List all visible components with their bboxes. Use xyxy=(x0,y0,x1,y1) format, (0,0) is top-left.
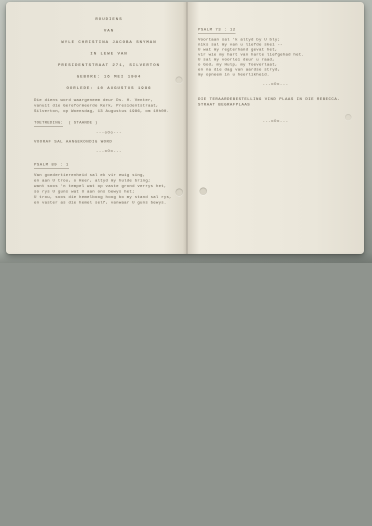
service-note: Die diens word waargeneem deur Ds. H. Ve… xyxy=(34,98,184,115)
punch-hole xyxy=(176,77,183,84)
left-hymn-heading: PSALM 89 : 1 xyxy=(34,163,184,169)
page-seam xyxy=(186,2,188,254)
divider-ornament: ---oOo--- xyxy=(198,119,353,124)
open-booklet-spread: ROUDIENS VAN WYLE CHRISTINA JACOBA SNYMA… xyxy=(6,2,364,254)
died-line: OORLEDE: 10 AUGUSTUS 1986 xyxy=(34,86,184,91)
verse-line: my opneem in u heerlikheid. xyxy=(198,73,353,78)
photo-edge-shadow xyxy=(0,252,372,263)
title-line-in-lewe-van: IN LEWE VAN xyxy=(34,52,184,57)
divider-ornament: ---oOo--- xyxy=(34,131,184,136)
residence-line: PRESIDENTSTRAAT 271, SILVERTON xyxy=(34,63,184,68)
punch-hole xyxy=(345,114,352,121)
vooraf-line: VOORAF SAL AANGEKONDIG WORD xyxy=(34,139,184,145)
burial-notice: DIE TERAARDEBESTELLING VIND PLAAS IN DIE… xyxy=(198,97,353,108)
left-page: ROUDIENS VAN WYLE CHRISTINA JACOBA SNYMA… xyxy=(34,2,184,206)
toetreding-row: TOETREDING: ( STAANDE ) xyxy=(34,120,184,127)
title-block: ROUDIENS VAN WYLE CHRISTINA JACOBA SNYMA… xyxy=(34,2,184,91)
left-hymn-verse: Van goedertierenheid sal ek vir ewig sin… xyxy=(34,173,184,206)
punch-hole xyxy=(200,188,208,196)
right-hymn-verse: Voortaan sal 'k altyd by U bly; niks sal… xyxy=(198,38,353,78)
toetreding-label: TOETREDING: xyxy=(34,120,63,127)
born-line: GEBORE: 16 MEI 1904 xyxy=(34,75,184,80)
doc-title: ROUDIENS xyxy=(34,17,184,22)
photo-of-booklet: ROUDIENS VAN WYLE CHRISTINA JACOBA SNYMA… xyxy=(0,0,372,263)
toetreding-value: ( STAANDE ) xyxy=(68,121,97,126)
divider-ornament: ---oOo--- xyxy=(34,149,184,154)
service-note-line: Silverton, op Woensdag, 13 Augustus 1986… xyxy=(34,109,184,115)
left-hymn-heading-text: PSALM 89 : 1 xyxy=(34,163,69,169)
verse-line: en vaster as die hemel self, vanwaar U g… xyxy=(34,200,184,206)
right-hymn-heading-text: PSALM 73 : 12 xyxy=(198,28,236,34)
divider-ornament: ---oOo--- xyxy=(198,82,353,87)
title-line-van: VAN xyxy=(34,29,184,34)
punch-hole xyxy=(176,189,184,197)
right-hymn-heading: PSALM 73 : 12 xyxy=(198,11,353,34)
deceased-name: WYLE CHRISTINA JACOBA SNYMAN xyxy=(34,40,184,45)
burial-line: STRAAT BEGRAFPLAAS xyxy=(198,102,353,108)
right-page: PSALM 73 : 12 Voortaan sal 'k altyd by U… xyxy=(198,2,353,124)
